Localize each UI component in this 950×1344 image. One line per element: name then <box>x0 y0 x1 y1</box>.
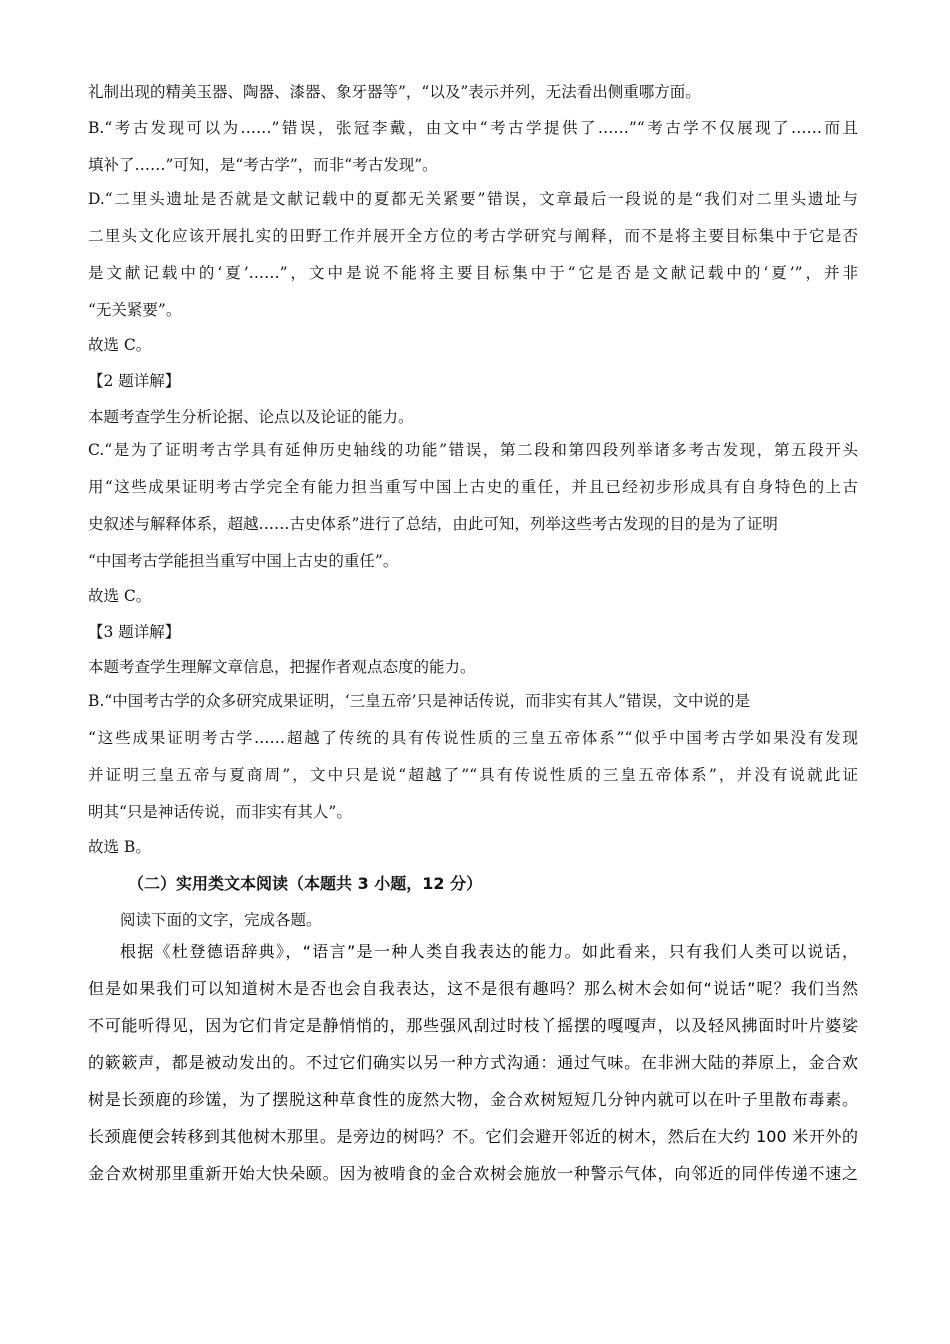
passage-line-4: 的簌簌声，都是被动发出的。不过它们确实以另一种方式沟通：通过气味。在非洲大陆的莽… <box>88 1053 858 1073</box>
q2-answer: 故选 C。 <box>88 586 151 606</box>
passage-line-7: 金合欢树那里重新开始大快朵颐。因为被啃食的金合欢树会施放一种警示气体，向邻近的同… <box>88 1164 858 1184</box>
q2-line-1: 本题考查学生分析论据、论点以及论证的能力。 <box>88 407 414 427</box>
q1-option-d-line-4: “无关紧要”。 <box>88 300 181 320</box>
q2-line-5: “中国考古学能担当重写中国上古史的重任”。 <box>88 551 398 571</box>
q3-line-2: B.“中国考古学的众多研究成果证明，‘三皇五帝’只是神话传说，而非实有其人”错误… <box>88 691 750 711</box>
q2-title: 【2 题详解】 <box>88 371 180 391</box>
passage-line-5: 树是长颈鹿的珍馐，为了摆脱这种草食性的庞然大物，金合欢树短短几分钟内就可以在叶子… <box>88 1090 858 1110</box>
q1-option-d-line-2: 二里头文化应该开展扎实的田野工作并展开全方位的考古学研究与阐释，而不是将主要目标… <box>88 226 858 246</box>
q3-line-1: 本题考查学生理解文章信息，把握作者观点态度的能力。 <box>88 657 476 677</box>
passage-line-6: 长颈鹿便会转移到其他树木那里。是旁边的树吗？不。它们会避开邻近的树木，然后在大约… <box>88 1127 858 1147</box>
q1-option-b-line-1: B.“考古发现可以为……”错误，张冠李戴，由文中“考古学提供了……”“考古学不仅… <box>88 118 858 138</box>
passage-line-2: 但是如果我们可以知道树木是否也会自我表达，这不是很有趣吗？那么树木会如何“说话”… <box>88 979 858 999</box>
q1-line-1: 礼制出现的精美玉器、陶器、漆器、象牙器等”，“以及”表示并列，无法看出侧重哪方面… <box>88 82 701 102</box>
section-heading: （二）实用类文本阅读（本题共 3 小题，12 分） <box>128 874 482 894</box>
q2-line-2: C.“是为了证明考古学具有延伸历史轴线的功能”错误，第二段和第四段列举诸多考古发… <box>88 440 858 460</box>
q3-line-4: 并证明三皇五帝与夏商周”，文中只是说“超越了”“具有传说性质的三皇五帝体系”，并… <box>88 765 858 785</box>
q3-answer: 故选 B。 <box>88 837 151 857</box>
q2-line-3: 用“这些成果证明考古学完全有能力担当重写中国上古史的重任，并且已经初步形成具有自… <box>88 477 858 497</box>
section-instruction: 阅读下面的文字，完成各题。 <box>120 910 322 930</box>
q3-line-5: 明其“只是神话传说，而非实有其人”。 <box>88 802 352 822</box>
q1-option-d-line-1: D.“二里头遗址是否就是文献记载中的夏都无关紧要”错误，文章最后一段说的是“我们… <box>88 189 858 209</box>
q1-option-d-line-3: 是文献记载中的‘夏’……”，文中是说不能将主要目标集中于“它是否是文献记载中的‘… <box>88 263 858 283</box>
passage-line-3: 不可能听得见，因为它们肯定是静悄悄的，那些强风刮过时枝丫摇摆的嘎嘎声，以及轻风拂… <box>88 1016 858 1036</box>
q1-answer: 故选 C。 <box>88 335 151 355</box>
q2-line-4: 史叙述与解释体系，超越……古史体系”进行了总结，由此可知，列举这些考古发现的目的… <box>88 514 778 534</box>
q3-line-3: “这些成果证明考古学……超越了传统的具有传说性质的三皇五帝体系”“似乎中国考古学… <box>88 728 858 748</box>
q1-option-b-line-2: 填补了……”可知，是“考古学”，而非“考古发现”。 <box>88 155 438 175</box>
passage-line-1: 根据《杜登德语辞典》，“语言”是一种人类自我表达的能力。如此看来，只有我们人类可… <box>120 942 858 962</box>
q3-title: 【3 题详解】 <box>88 622 180 642</box>
